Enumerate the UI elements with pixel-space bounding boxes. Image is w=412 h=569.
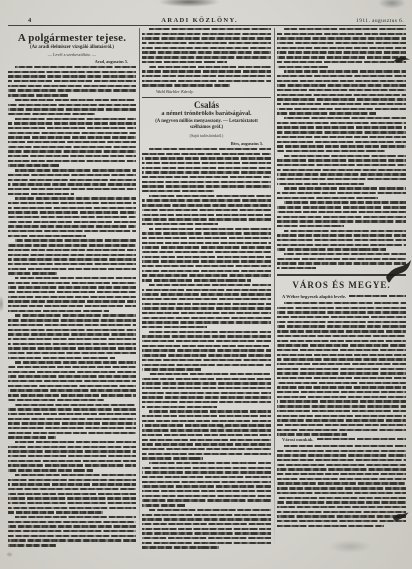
news-item-2-lead: Városi munkák. bbox=[282, 438, 314, 443]
issue-date: 1911. augusztus 6. bbox=[356, 18, 406, 24]
article-signature: Wald Büchler Károly. bbox=[156, 89, 271, 94]
article-2-credit: (Saját tudósítónktól.) bbox=[142, 133, 271, 138]
scan-smudge-left-edge bbox=[0, 296, 4, 312]
article-1-title: A polgármester tejese. bbox=[8, 32, 136, 44]
news-item-1-lead: A Wéber hegyesek alapító levele. bbox=[282, 295, 346, 300]
page-header: 4 ARADI KÖZLÖNY. 1911. augusztus 6. bbox=[8, 13, 406, 24]
article-continuation-illegible-text bbox=[142, 28, 271, 87]
article-1-body-illegible-text bbox=[8, 66, 136, 547]
article-2-kicker: (A negyven milliós menyasszony. — Letart… bbox=[146, 119, 267, 131]
article-2-body-illegible-text bbox=[142, 148, 271, 549]
column-1: A polgármester tejese. (Az aradi élelmis… bbox=[8, 28, 136, 569]
column-3: VÁROS ÉS MEGYE. A Wéber hegyesek alapító… bbox=[277, 28, 406, 569]
news-item-1-body-illegible-text bbox=[277, 302, 406, 436]
illegible-text-line bbox=[317, 438, 406, 440]
column-divider-2 bbox=[274, 28, 275, 547]
article-2-title: Csalás bbox=[142, 100, 271, 110]
article-1-subtitle: (Az aradi élelmiszer vizsgáló állomásról… bbox=[8, 45, 136, 50]
page-number: 4 bbox=[8, 17, 31, 24]
column-divider-1 bbox=[139, 28, 140, 547]
column-2: Wald Büchler Károly. Csalás a német trón… bbox=[142, 28, 271, 569]
news-item-1: A Wéber hegyesek alapító levele. bbox=[277, 295, 406, 436]
news-item-2: Városi munkák. bbox=[277, 438, 406, 527]
columns: A polgármester tejese. (Az aradi élelmis… bbox=[8, 28, 406, 569]
article-1-byline: — Levél a szerkesztőhöz. — bbox=[8, 52, 136, 57]
article-2-subtitle: a német trónörökös barátságával. bbox=[142, 110, 271, 117]
ink-arrow-mark-middle bbox=[384, 258, 412, 292]
article-2-dateline: Bécs, augusztus 5. bbox=[142, 141, 271, 146]
ink-arrow-mark-top bbox=[393, 55, 411, 67]
article-3-continuation-illegible-text bbox=[277, 28, 406, 269]
article-separator-rule bbox=[142, 97, 271, 98]
illegible-text-line bbox=[349, 295, 406, 297]
header-rule bbox=[8, 25, 406, 26]
ink-arrow-mark-bottom bbox=[391, 509, 410, 526]
scan-smudge-top-right bbox=[378, 0, 406, 9]
newspaper-page-scan: 4 ARADI KÖZLÖNY. 1911. augusztus 6. A po… bbox=[0, 0, 412, 569]
article-1-dateline: Arad, augusztus 5. bbox=[8, 59, 136, 64]
news-item-2-body-illegible-text bbox=[277, 445, 406, 527]
scan-smudge-top bbox=[158, 0, 220, 7]
masthead-title: ARADI KÖZLÖNY. bbox=[161, 17, 238, 24]
